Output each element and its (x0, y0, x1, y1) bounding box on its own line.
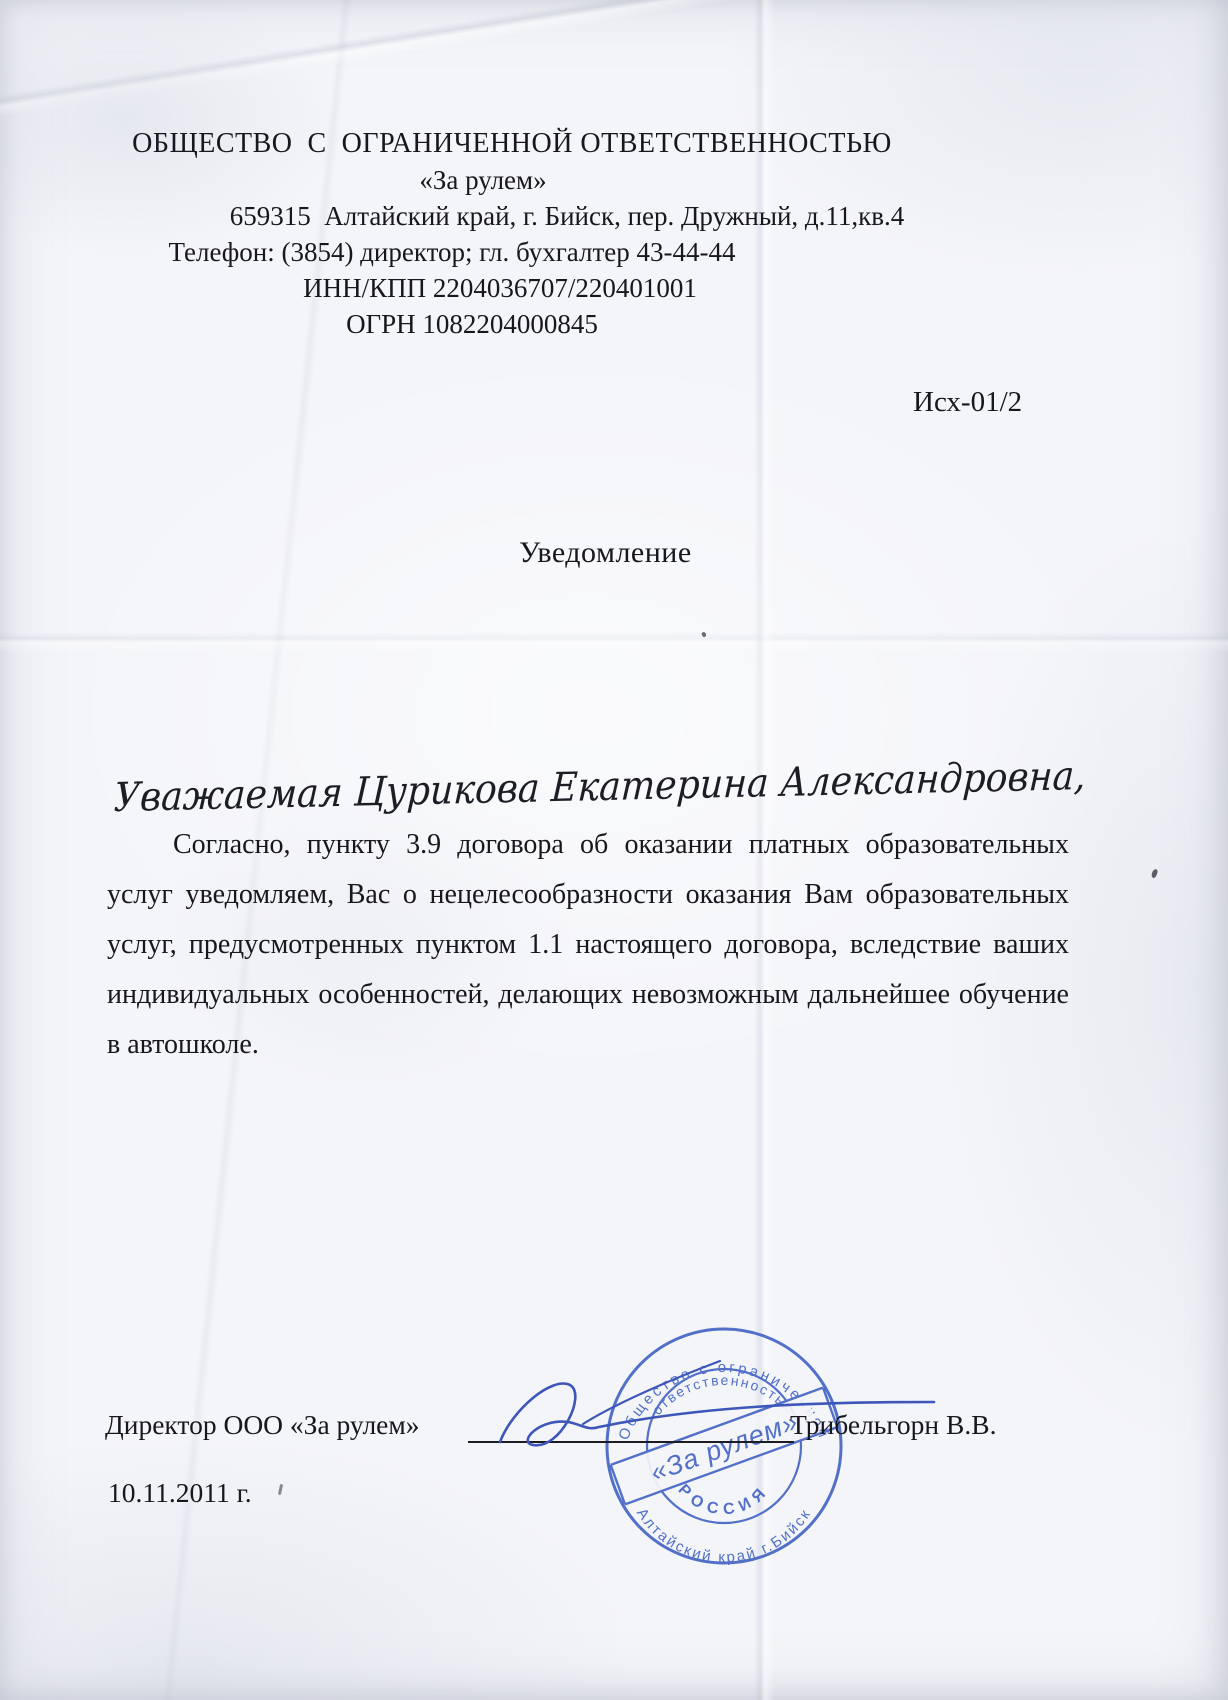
signature-name: Трибельгорн В.В. (790, 1409, 996, 1441)
scan-speck (701, 631, 707, 637)
body-line: индивидуальных особенностей, делающих не… (107, 970, 1069, 1020)
scan-speck (1151, 868, 1159, 878)
pen-tick-mark (278, 1484, 283, 1495)
body-line: услуг уведомляем, Вас о нецелесообразнос… (107, 870, 1069, 920)
doc-title: Уведомление (519, 536, 692, 570)
handwritten-greeting-text: Уважаемая Цурикова Екатерина Александров… (113, 753, 1087, 821)
scanned-letter-page: ОБЩЕСТВО С ОГРАНИЧЕННОЙ ОТВЕТСТВЕННОСТЬЮ… (0, 0, 1228, 1700)
letterhead-inn-kpp: ИНН/КПП 2204036707/220401001 (43, 270, 957, 306)
letterhead-phone: Телефон: (3854) директор; гл. бухгалтер … (0, 234, 909, 270)
body-line: услуг, предусмотренных пунктом 1.1 насто… (107, 920, 1069, 970)
signature-flourish (583, 1361, 720, 1424)
signature-role: Директор ООО «За рулем» (105, 1409, 420, 1441)
ref-number: Исх-01/2 (913, 386, 1022, 419)
letterhead-block: ОБЩЕСТВО С ОГРАНИЧЕННОЙ ОТВЕТСТВЕННОСТЬЮ… (58, 126, 972, 342)
letterhead-org-name: «За рулем» (26, 162, 940, 198)
letterhead-org-type: ОБЩЕСТВО С ОГРАНИЧЕННОЙ ОТВЕТСТВЕННОСТЬЮ (55, 126, 969, 162)
body-paragraph: Согласно, пункту 3.9 договора об оказани… (107, 820, 1069, 1070)
stamp-arc-country: РОССИЯ (675, 1481, 774, 1518)
handwritten-greeting: Уважаемая Цурикова Екатерина Александров… (108, 746, 1108, 828)
letterhead-ogrn: ОГРН 1082204000845 (15, 306, 929, 342)
body-line: в автошколе. (107, 1020, 1069, 1070)
doc-date: 10.11.2011 г. (108, 1477, 252, 1509)
body-line: Согласно, пункту 3.9 договора об оказани… (107, 820, 1069, 870)
letterhead-address: 659315 Алтайский край, г. Бийск, пер. Др… (110, 198, 1024, 234)
